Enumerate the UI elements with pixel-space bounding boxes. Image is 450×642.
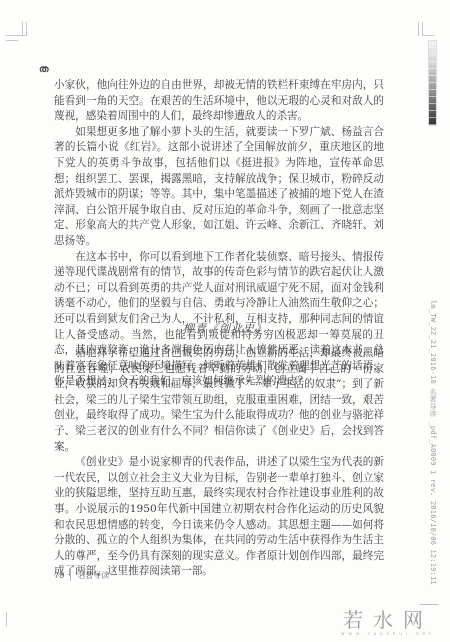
crop-mark — [422, 22, 423, 36]
crop-mark — [6, 612, 7, 626]
body-text-part2: 骆驼祥子希望通过自己诚实的劳动，创立新的生活，却最终被黑暗的社会吞噬；农民梁三也… — [54, 346, 384, 580]
divider — [70, 569, 71, 581]
page-number: 78 — [54, 571, 64, 580]
crop-mark — [22, 22, 23, 36]
paragraph: 如果想更多地了解小萝卜头的生活，就要读一下罗广斌、杨益言合著的长篇小说《红岩》。… — [54, 125, 384, 250]
watermark-subtext: www.ruoshui.net — [332, 631, 444, 636]
watermark-text: 若水网 — [332, 604, 444, 633]
print-stamp: lm_TW_22_21_2016-10 名著导读 _pdf_A0009 1 re… — [424, 300, 438, 600]
crop-mark — [418, 22, 419, 36]
watermark: 若水网 www.ruoshui.net — [332, 604, 444, 636]
crop-mark — [6, 40, 18, 41]
grayscale-calibration-strip — [428, 40, 437, 126]
paragraph: 骆驼祥子希望通过自己诚实的劳动，创立新的生活，却最终被黑暗的社会吞噬；农民梁三也… — [54, 346, 384, 455]
book-page: lm_TW_22_21_2016-10 名著导读 _pdf_A0009 1 re… — [0, 0, 450, 642]
book-title: 名著导读 — [77, 570, 109, 581]
section-title: 柳青《创业史》 — [0, 320, 450, 336]
body-text-part1: 小家伙，他向往外边的自由世界，却被无情的铁栏杆束缚在牢房内，只能看到一角的天空。… — [54, 78, 384, 390]
paragraph: 小家伙，他向往外边的自由世界，却被无情的铁栏杆束缚在牢房内，只能看到一角的天空。… — [54, 78, 384, 125]
crop-mark — [26, 22, 27, 36]
paragraph: 《创业史》是小说家柳青的代表作品，讲述了以梁生宝为代表的新一代农民，以创立社会主… — [54, 455, 384, 580]
crop-mark — [422, 35, 434, 36]
publisher-logo-icon: ത — [39, 64, 49, 75]
crop-mark — [6, 35, 26, 36]
page-footer: 78 名著导读 — [54, 569, 109, 581]
